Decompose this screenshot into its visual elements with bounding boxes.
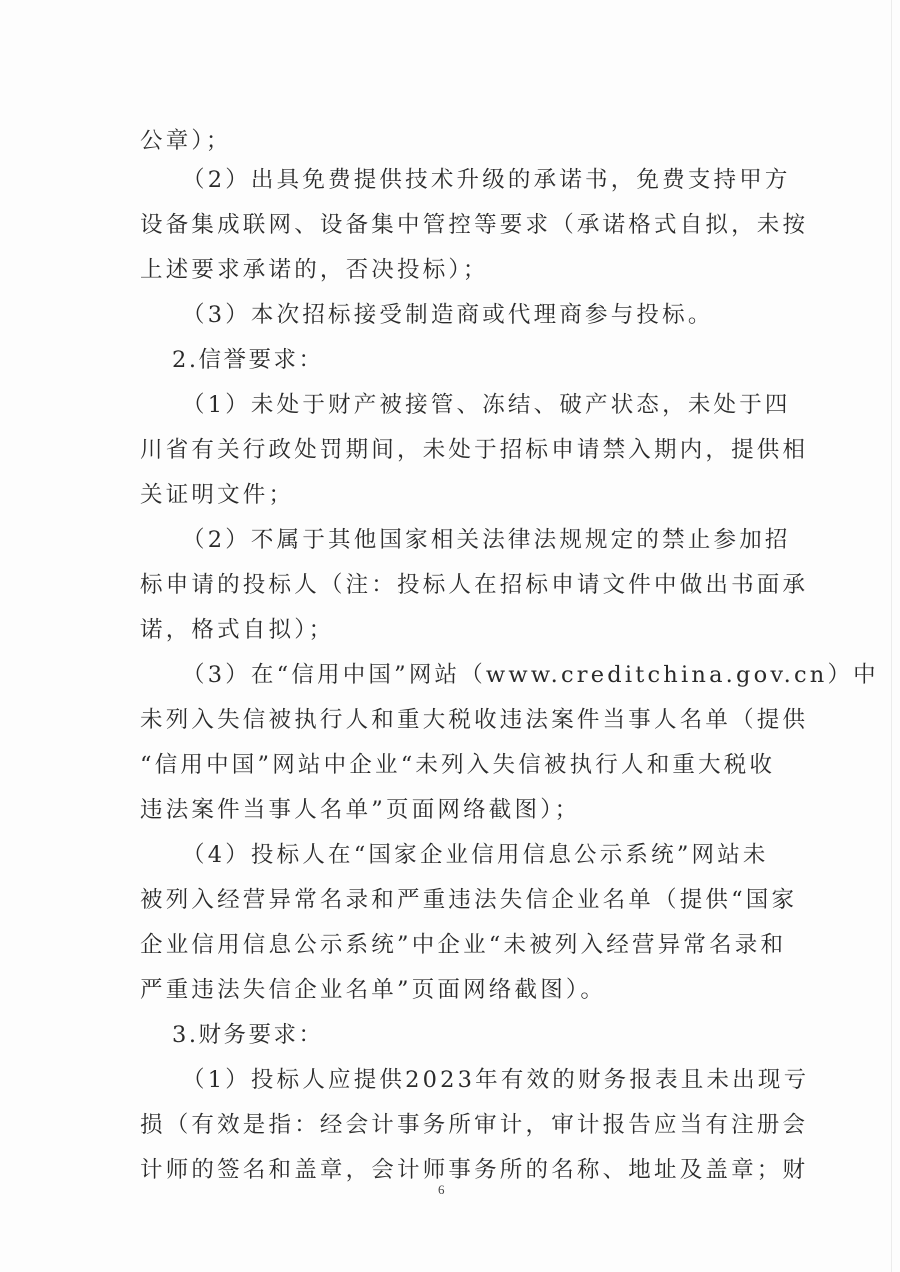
paragraph-line-item-1: （1）投标人应提供2023年有效的财务报表且未出现亏 bbox=[182, 1065, 822, 1095]
paragraph-line: 计师的签名和盖章，会计师事务所的名称、地址及盖章；财 bbox=[140, 1155, 780, 1185]
paragraph-line-item-3: （3）在“信用中国”网站（www.creditchina.gov.cn）中 bbox=[182, 660, 822, 690]
section-heading-financial-requirements: 3.财务要求： bbox=[172, 1020, 812, 1050]
paragraph-line-item-4: （4）投标人在“国家企业信用信息公示系统”网站未 bbox=[182, 840, 822, 870]
page-number: 6 bbox=[438, 1182, 445, 1198]
paragraph-line: 严重违法失信企业名单”页面网络截图）。 bbox=[140, 975, 780, 1005]
paragraph-line: 标申请的投标人（注：投标人在招标申请文件中做出书面承 bbox=[140, 570, 780, 600]
document-page: 公章）； （2）出具免费提供技术升级的承诺书，免费支持甲方 设备集成联网、设备集… bbox=[0, 0, 900, 1272]
paragraph-line-item-2: （2）不属于其他国家相关法律法规规定的禁止参加招 bbox=[182, 525, 822, 555]
paragraph-line-item-3: （3）本次招标接受制造商或代理商参与投标。 bbox=[182, 300, 822, 330]
paragraph-line: 川省有关行政处罚期间，未处于招标申请禁入期内，提供相 bbox=[140, 435, 780, 465]
paragraph-line-continuation: 公章）； bbox=[140, 126, 780, 156]
paragraph-line: 上述要求承诺的，否决投标）； bbox=[140, 255, 780, 285]
paragraph-line: 企业信用信息公示系统”中企业“未被列入经营异常名录和 bbox=[140, 930, 780, 960]
paragraph-line-item-1: （1）未处于财产被接管、冻结、破产状态，未处于四 bbox=[182, 390, 822, 420]
paragraph-line: 关证明文件； bbox=[140, 480, 780, 510]
paragraph-line-item-2: （2）出具免费提供技术升级的承诺书，免费支持甲方 bbox=[182, 165, 822, 195]
paragraph-line: 被列入经营异常名录和严重违法失信企业名单（提供“国家 bbox=[140, 885, 780, 915]
paragraph-line: 诺，格式自拟）； bbox=[140, 615, 780, 645]
paragraph-line: 设备集成联网、设备集中管控等要求（承诺格式自拟，未按 bbox=[140, 210, 780, 240]
paragraph-line: 未列入失信被执行人和重大税收违法案件当事人名单（提供 bbox=[140, 705, 780, 735]
paragraph-line: “信用中国”网站中企业“未列入失信被执行人和重大税收 bbox=[140, 750, 780, 780]
page-edge-divider bbox=[891, 0, 892, 1272]
paragraph-line: 损（有效是指：经会计事务所审计，审计报告应当有注册会 bbox=[140, 1110, 780, 1140]
paragraph-line: 违法案件当事人名单”页面网络截图）； bbox=[140, 795, 780, 825]
section-heading-credit-requirements: 2.信誉要求： bbox=[172, 345, 812, 375]
